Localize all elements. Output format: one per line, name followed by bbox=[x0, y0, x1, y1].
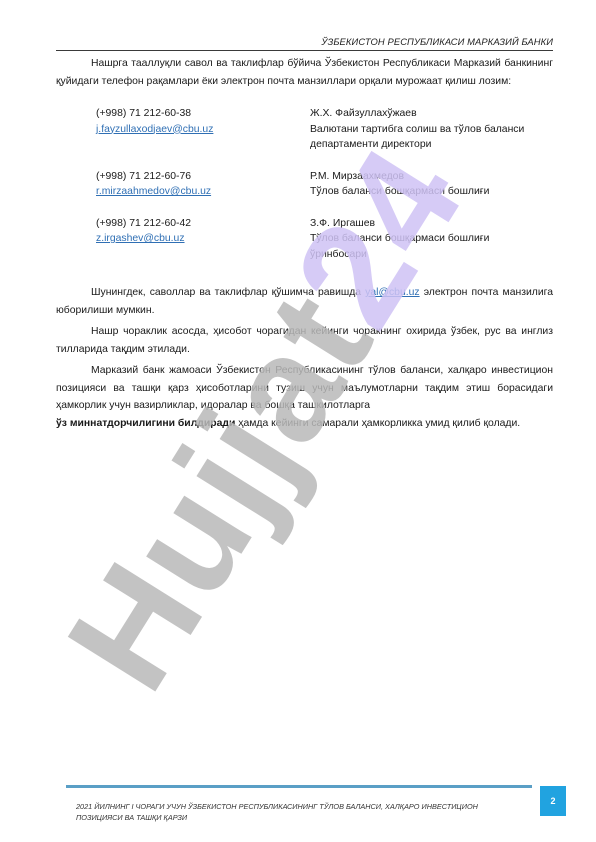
thanks-paragraph: Марказий банк жамоаси Ўзбекистон Республ… bbox=[56, 362, 553, 415]
document-body: Нашрга тааллуқли савол ва таклифлар бўйи… bbox=[56, 55, 553, 432]
paragraph-text: Марказий банк жамоаси Ўзбекистон Республ… bbox=[56, 365, 553, 411]
header-title: ЎЗБЕКИСТОН РЕСПУБЛИКАСИ МАРКАЗИЙ БАНКИ bbox=[321, 36, 553, 47]
contact-item: (+998) 71 212-60-38 j.fayzullaxodjaev@cb… bbox=[96, 106, 553, 153]
contact-position: Тўлов баланси бошқармаси бошлиғи bbox=[310, 184, 553, 200]
page-header: ЎЗБЕКИСТОН РЕСПУБЛИКАСИ МАРКАЗИЙ БАНКИ bbox=[56, 36, 553, 51]
general-email-link[interactable]: yal@cbu.uz bbox=[365, 287, 419, 298]
page-number-badge: 2 bbox=[540, 786, 566, 816]
contact-name: Ж.Х. Файзуллахўжаев bbox=[310, 106, 553, 122]
contact-name: З.Ф. Иргашев bbox=[310, 216, 500, 232]
contact-phone: (+998) 71 212-60-76 bbox=[96, 169, 310, 185]
paragraph-text: ҳамда кейинги самарали ҳамкорликка умид … bbox=[235, 418, 520, 429]
footer-divider bbox=[66, 785, 532, 788]
intro-paragraph: Нашрга тааллуқли савол ва таклифлар бўйи… bbox=[56, 55, 553, 90]
bold-text: ўз миннатдорчилигини билдиради bbox=[56, 418, 235, 429]
contact-email-link[interactable]: r.mirzaahmedov@cbu.uz bbox=[96, 186, 211, 197]
contact-item: (+998) 71 212-60-42 z.irgashev@cbu.uz З.… bbox=[96, 216, 553, 263]
contact-position: Тўлов баланси бошқармаси бошлиғи ўринбос… bbox=[310, 231, 500, 262]
contact-email-link[interactable]: z.irgashev@cbu.uz bbox=[96, 233, 185, 244]
publication-paragraph: Нашр чораклик асосда, ҳисобот чорагидан … bbox=[56, 323, 553, 358]
contact-phone: (+998) 71 212-60-38 bbox=[96, 106, 310, 122]
contact-name: Р.М. Мирзаахмедов bbox=[310, 169, 553, 185]
thanks-paragraph-continued: ўз миннатдорчилигини билдиради ҳамда кей… bbox=[56, 415, 553, 433]
contact-position: Валютани тартибга солиш ва тўлов баланси… bbox=[310, 122, 553, 153]
footer-title: 2021 ЙИЛНИНГ I ЧОРАГИ УЧУН ЎЗБЕКИСТОН РЕ… bbox=[76, 801, 506, 823]
contacts-list: (+998) 71 212-60-38 j.fayzullaxodjaev@cb… bbox=[96, 106, 553, 262]
additional-contact-paragraph: Шунингдек, саволлар ва таклифлар қўшимча… bbox=[56, 284, 553, 319]
contact-email-link[interactable]: j.fayzullaxodjaev@cbu.uz bbox=[96, 124, 213, 135]
contact-item: (+998) 71 212-60-76 r.mirzaahmedov@cbu.u… bbox=[96, 169, 553, 200]
page-number: 2 bbox=[550, 796, 555, 806]
paragraph-text: Шунингдек, саволлар ва таклифлар қўшимча… bbox=[91, 287, 365, 298]
contact-phone: (+998) 71 212-60-42 bbox=[96, 216, 310, 232]
